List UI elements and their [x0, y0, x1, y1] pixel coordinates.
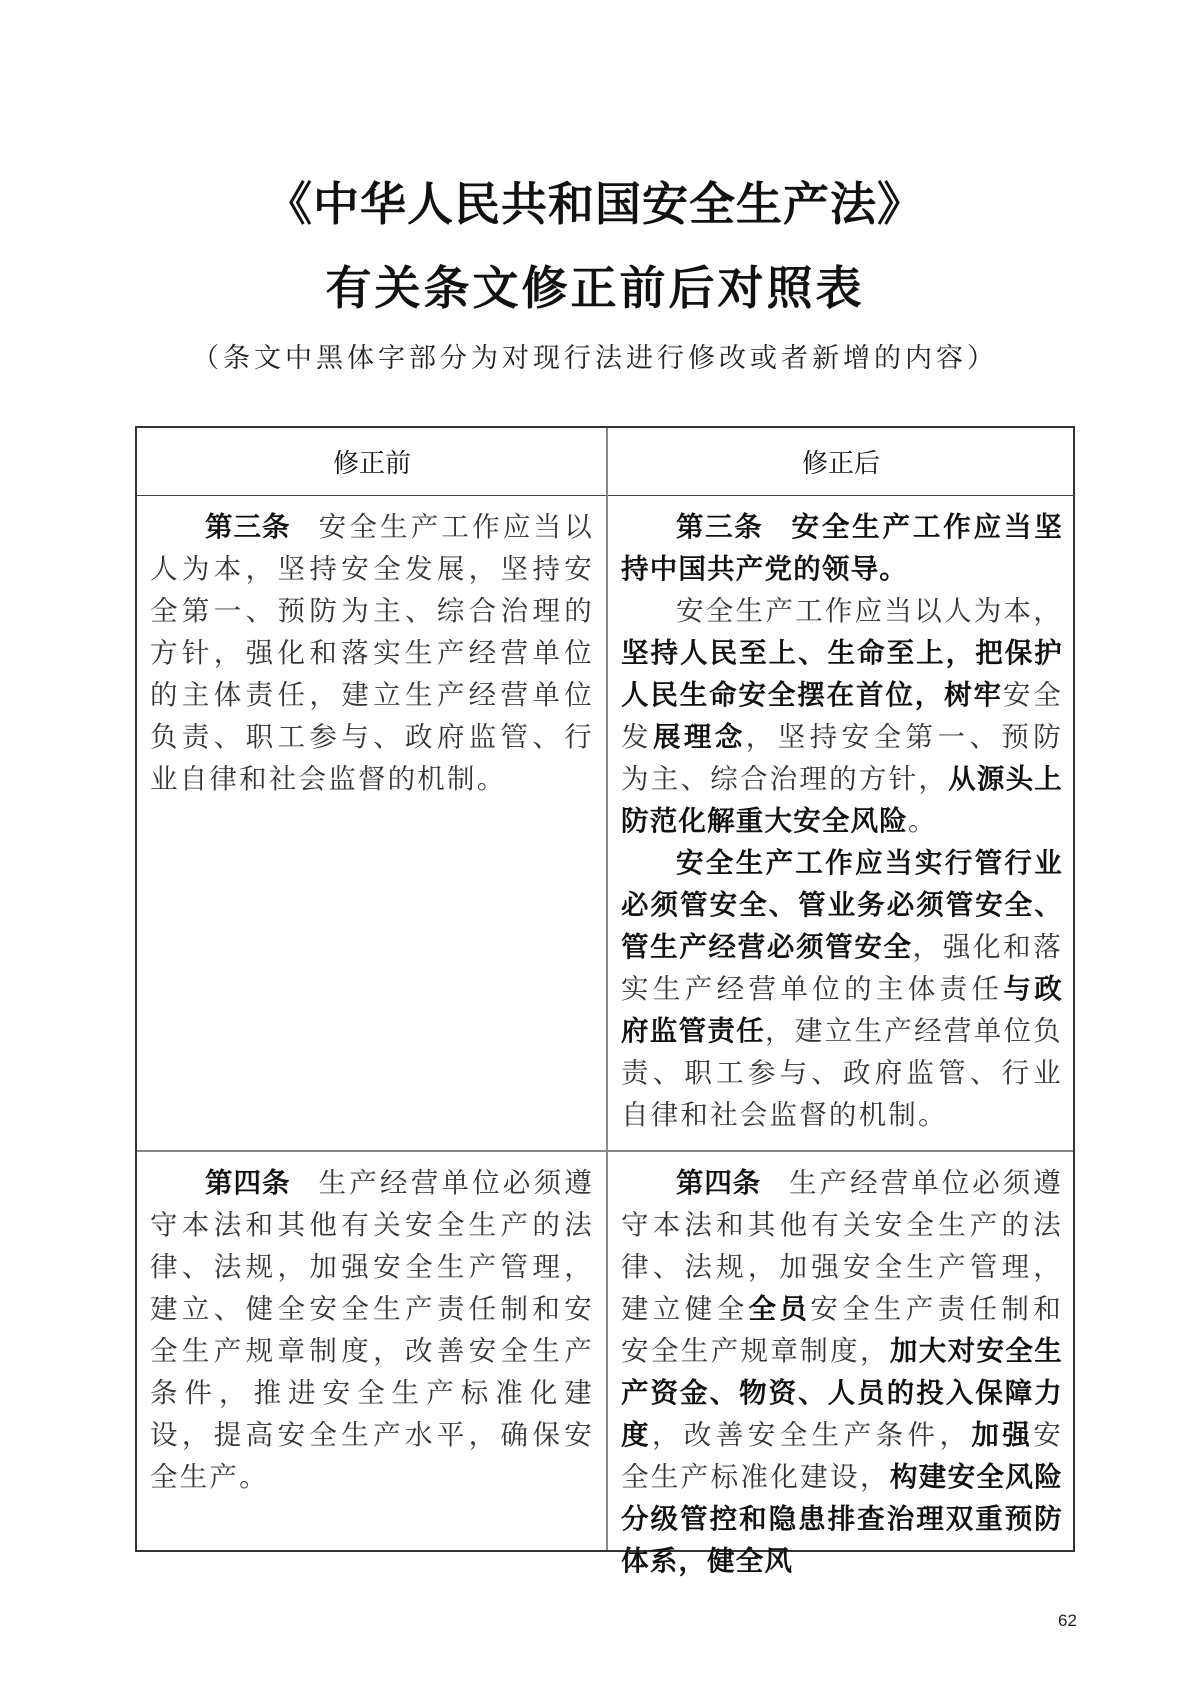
- original-text: 安全生产工作应当以人为本，坚持安全发展，坚持安全第一、预防为主、综合治理的方针，…: [150, 511, 594, 795]
- original-text: ，改善安全生产条件，: [652, 1419, 971, 1451]
- article-paragraph: 安全生产工作应当实行管行业必须管安全、管业务必须管安全、管生产经营必须管安全，强…: [621, 842, 1063, 1136]
- article-paragraph: 第四条生产经营单位必须遵守本法和其他有关安全生产的法律、法规，加强安全生产管理，…: [621, 1162, 1063, 1582]
- cell-article4-before: 第四条生产经营单位必须遵守本法和其他有关安全生产的法律、法规，加强安全生产管理，…: [137, 1152, 606, 1552]
- document-subtitle-note: （条文中黑体字部分为对现行法进行修改或者新增的内容）: [0, 336, 1190, 375]
- original-text: 。: [908, 805, 938, 837]
- column-header-after: 修正后: [607, 428, 1075, 496]
- article-number: 第四条: [676, 1167, 761, 1199]
- article-paragraph: 第三条安全生产工作应当以人为本，坚持安全发展，坚持安全第一、预防为主、综合治理的…: [150, 506, 594, 800]
- article-paragraph: 第四条生产经营单位必须遵守本法和其他有关安全生产的法律、法规，加强安全生产管理，…: [150, 1162, 594, 1498]
- column-header-before: 修正前: [137, 428, 607, 496]
- cell-article4-after: 第四条生产经营单位必须遵守本法和其他有关安全生产的法律、法规，加强安全生产管理，…: [608, 1152, 1075, 1552]
- article-number: 第三条: [205, 511, 291, 543]
- cell-article3-after: 第三条安全生产工作应当坚持中国共产党的领导。安全生产工作应当以人为本，坚持人民至…: [608, 496, 1075, 1150]
- amended-text: 展理念: [653, 721, 746, 753]
- article-number: 第四条: [205, 1167, 291, 1199]
- amended-text: 加强: [971, 1419, 1033, 1451]
- original-text: 生产经营单位必须遵守本法和其他有关安全生产的法律、法规，加强安全生产管理，建立、…: [150, 1167, 594, 1493]
- article-paragraph: 安全生产工作应当以人为本，坚持人民至上、生命至上，把保护人民生命安全摆在首位，树…: [621, 590, 1063, 842]
- amended-text: 全员: [748, 1293, 810, 1325]
- original-text: 安全生产工作应当以人为本，: [676, 595, 1063, 627]
- article-paragraph: 第三条安全生产工作应当坚持中国共产党的领导。: [621, 506, 1063, 590]
- article-number: 第三条: [676, 511, 763, 543]
- cell-article3-before: 第三条安全生产工作应当以人为本，坚持安全发展，坚持安全第一、预防为主、综合治理的…: [137, 496, 606, 1150]
- document-title-line2: 有关条文修正前后对照表: [0, 252, 1190, 318]
- amended-text: 坚持人民至上、生命至上，把保护人民生命安全摆在首位，树牢: [621, 637, 1063, 711]
- page-number: 62: [1058, 1611, 1077, 1631]
- comparison-table: 修正前 修正后 第三条安全生产工作应当以人为本，坚持安全发展，坚持安全第一、预防…: [135, 426, 1075, 1552]
- document-title-line1: 《中华人民共和国安全生产法》: [0, 168, 1190, 234]
